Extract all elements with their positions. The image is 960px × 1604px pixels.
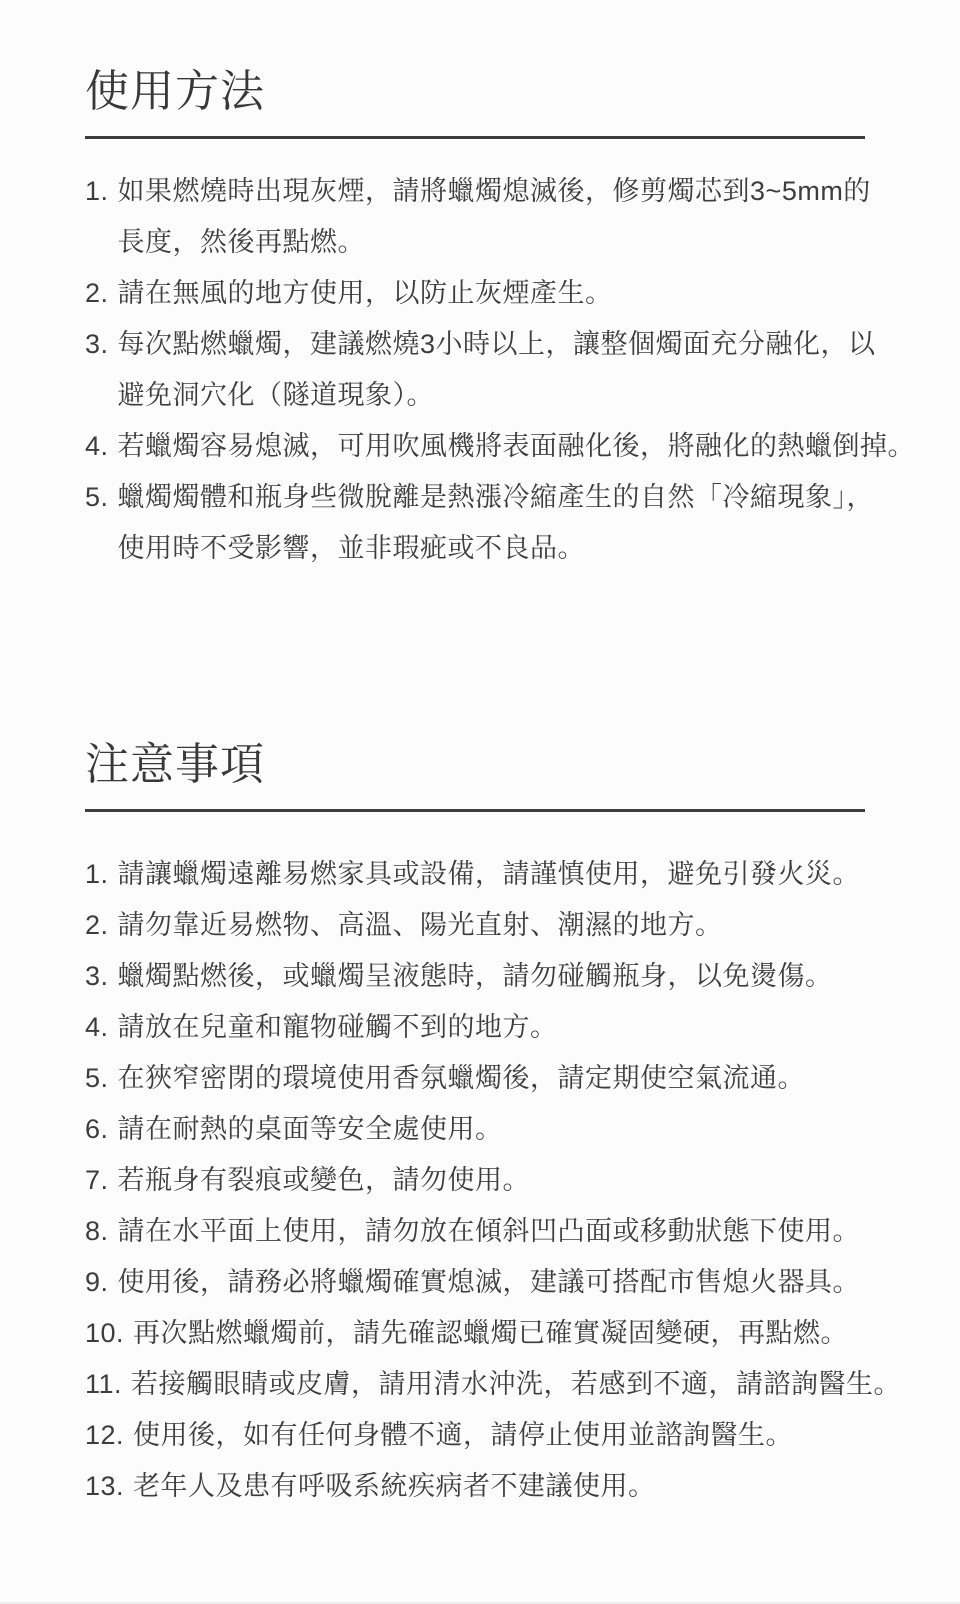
item-number: 8. (85, 1206, 109, 1257)
item-text: 若蠟燭容易熄滅，可用吹風機將表面融化後，將融化的熱蠟倒掉。 (118, 421, 916, 472)
item-text: 在狹窄密閉的環境使用香氛蠟燭後，請定期使空氣流通。 (118, 1053, 806, 1104)
item-text: 若接觸眼睛或皮膚，請用清水沖洗，若感到不適，請諮詢醫生。 (131, 1359, 901, 1410)
item-text: 請在耐熱的桌面等安全處使用。 (118, 1104, 503, 1155)
item-number: 1. (85, 166, 109, 217)
instructions-page: 使用方法 1. 如果燃燒時出現灰煙，請將蠟燭熄滅後，修剪燭芯到3~5mm的 長度… (0, 0, 960, 1604)
item-number: 2. (85, 268, 109, 319)
list-item: 11. 若接觸眼睛或皮膚，請用清水沖洗，若感到不適，請諮詢醫生。 (85, 1359, 960, 1410)
item-text: 使用後，如有任何身體不適，請停止使用並諮詢醫生。 (133, 1410, 793, 1461)
item-text: 蠟燭點燃後，或蠟燭呈液態時，請勿碰觸瓶身，以免燙傷。 (118, 951, 833, 1002)
usage-list: 1. 如果燃燒時出現灰煙，請將蠟燭熄滅後，修剪燭芯到3~5mm的 長度，然後再點… (85, 166, 960, 574)
list-item: 1. 如果燃燒時出現灰煙，請將蠟燭熄滅後，修剪燭芯到3~5mm的 長度，然後再點… (85, 166, 960, 268)
list-item: 12. 使用後，如有任何身體不適，請停止使用並諮詢醫生。 (85, 1410, 960, 1461)
usage-section: 使用方法 1. 如果燃燒時出現灰煙，請將蠟燭熄滅後，修剪燭芯到3~5mm的 長度… (85, 0, 960, 574)
item-number: 4. (85, 421, 109, 472)
list-item: 9. 使用後，請務必將蠟燭確實熄滅，建議可搭配市售熄火器具。 (85, 1257, 960, 1308)
item-number: 3. (85, 319, 109, 370)
item-text: 若瓶身有裂痕或變色，請勿使用。 (118, 1155, 531, 1206)
item-number: 4. (85, 1002, 109, 1053)
item-number: 9. (85, 1257, 109, 1308)
item-text: 請勿靠近易燃物、高溫、陽光直射、潮濕的地方。 (118, 900, 723, 951)
list-item: 2. 請勿靠近易燃物、高溫、陽光直射、潮濕的地方。 (85, 900, 960, 951)
list-item: 10. 再次點燃蠟燭前，請先確認蠟燭已確實凝固變硬，再點燃。 (85, 1308, 960, 1359)
item-text: 請在水平面上使用，請勿放在傾斜凹凸面或移動狀態下使用。 (118, 1206, 861, 1257)
usage-section-title: 使用方法 (85, 68, 960, 116)
item-text: 請讓蠟燭遠離易燃家具或設備，請謹慎使用，避免引發火災。 (118, 849, 861, 900)
list-item: 3. 每次點燃蠟燭，建議燃燒3小時以上，讓整個燭面充分融化，以 避免洞穴化（隧道… (85, 319, 960, 421)
list-item: 13. 老年人及患有呼吸系統疾病者不建議使用。 (85, 1461, 960, 1512)
item-text: 每次點燃蠟燭，建議燃燒3小時以上，讓整個燭面充分融化，以 避免洞穴化（隧道現象）… (118, 319, 876, 421)
item-number: 12. (85, 1410, 124, 1461)
list-item: 8. 請在水平面上使用，請勿放在傾斜凹凸面或移動狀態下使用。 (85, 1206, 960, 1257)
list-item: 1. 請讓蠟燭遠離易燃家具或設備，請謹慎使用，避免引發火災。 (85, 849, 960, 900)
item-text: 蠟燭燭體和瓶身些微脫離是熱漲冷縮產生的自然「冷縮現象」， 使用時不受影響，並非瑕… (118, 472, 875, 574)
list-item: 5. 蠟燭燭體和瓶身些微脫離是熱漲冷縮產生的自然「冷縮現象」， 使用時不受影響，… (85, 472, 960, 574)
item-text: 使用後，請務必將蠟燭確實熄滅，建議可搭配市售熄火器具。 (118, 1257, 861, 1308)
caution-list: 1. 請讓蠟燭遠離易燃家具或設備，請謹慎使用，避免引發火災。 2. 請勿靠近易燃… (85, 849, 960, 1512)
caution-section: 注意事項 1. 請讓蠟燭遠離易燃家具或設備，請謹慎使用，避免引發火災。 2. 請… (85, 741, 960, 1512)
item-number: 10. (85, 1308, 124, 1359)
list-item: 2. 請在無風的地方使用，以防止灰煙產生。 (85, 268, 960, 319)
item-number: 7. (85, 1155, 109, 1206)
list-item: 4. 若蠟燭容易熄滅，可用吹風機將表面融化後，將融化的熱蠟倒掉。 (85, 421, 960, 472)
item-number: 6. (85, 1104, 109, 1155)
list-item: 4. 請放在兒童和寵物碰觸不到的地方。 (85, 1002, 960, 1053)
item-number: 2. (85, 900, 109, 951)
caution-section-title: 注意事項 (85, 741, 960, 789)
item-number: 1. (85, 849, 109, 900)
list-item: 7. 若瓶身有裂痕或變色，請勿使用。 (85, 1155, 960, 1206)
item-text: 老年人及患有呼吸系統疾病者不建議使用。 (133, 1461, 656, 1512)
list-item: 6. 請在耐熱的桌面等安全處使用。 (85, 1104, 960, 1155)
item-text: 如果燃燒時出現灰煙，請將蠟燭熄滅後，修剪燭芯到3~5mm的 長度，然後再點燃。 (118, 166, 871, 268)
list-item: 5. 在狹窄密閉的環境使用香氛蠟燭後，請定期使空氣流通。 (85, 1053, 960, 1104)
list-item: 3. 蠟燭點燃後，或蠟燭呈液態時，請勿碰觸瓶身，以免燙傷。 (85, 951, 960, 1002)
item-number: 5. (85, 1053, 109, 1104)
item-number: 3. (85, 951, 109, 1002)
usage-title-divider (85, 136, 865, 139)
item-text: 再次點燃蠟燭前，請先確認蠟燭已確實凝固變硬，再點燃。 (133, 1308, 848, 1359)
caution-title-divider (85, 809, 865, 812)
item-number: 11. (85, 1359, 122, 1410)
item-text: 請在無風的地方使用，以防止灰煙產生。 (118, 268, 613, 319)
item-text: 請放在兒童和寵物碰觸不到的地方。 (118, 1002, 558, 1053)
item-number: 13. (85, 1461, 124, 1512)
item-number: 5. (85, 472, 109, 523)
